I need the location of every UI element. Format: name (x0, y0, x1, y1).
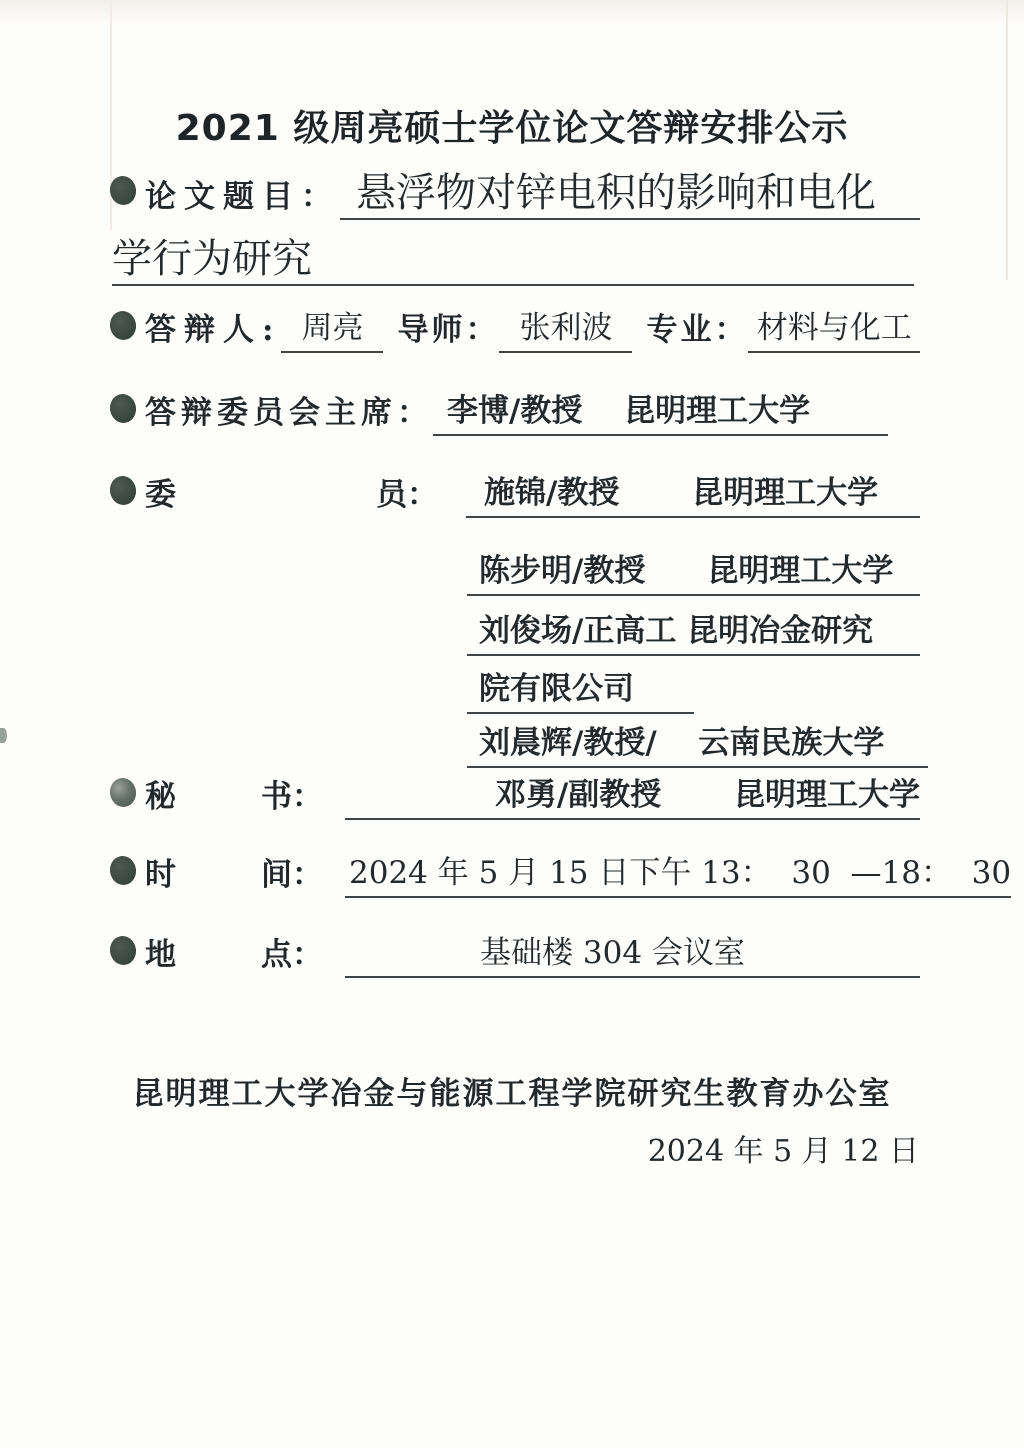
secretary-label-first: 秘 (145, 774, 176, 820)
committee-label-first: 委 (145, 472, 176, 518)
thesis-title-label: 论文题目： (145, 174, 340, 220)
committee-member-4: 刘晨辉/教授/ 云南民族大学 (467, 720, 928, 768)
bullet-dot-icon (108, 473, 139, 506)
scan-artifact-left-speck (0, 728, 7, 743)
time-label-first: 时 (145, 852, 176, 898)
advisor-label: 导师： (397, 307, 499, 353)
committee-member-row-continuation: 院有限公司 (467, 666, 694, 714)
thesis-title-row-line2: 学行为研究 (112, 234, 914, 286)
defender-name: 周亮 (281, 305, 383, 353)
committee-member-2: 陈步明/教授 昆明理工大学 (467, 548, 920, 596)
time-label: 时 间： (145, 852, 323, 898)
scan-artifact-top-edge (0, 0, 1024, 30)
footer-office-name: 昆明理工大学冶金与能源工程学院研究生教育办公室 (0, 1068, 1024, 1113)
defender-row: 答辩人: 周亮 导师： 张利波 专业： 材料与化工 (110, 305, 920, 353)
bullet-dot-icon (108, 391, 139, 424)
committee-member-row: 刘俊场/正高工 昆明冶金研究 (467, 608, 920, 656)
chair-value: 李博/教授 昆明理工大学 (433, 388, 888, 436)
location-label: 地 点： (145, 932, 323, 978)
thesis-title-value-line2: 学行为研究 (112, 234, 914, 286)
time-value: 2024 年 5 月 15 日下午 13： 30 —18： 30 (345, 850, 1011, 898)
secretary-label-second: 书： (261, 774, 323, 820)
bullet-dot-icon (108, 308, 139, 341)
secretary-row: 秘 书： 邓勇/副教授 昆明理工大学 (110, 772, 920, 820)
major-name: 材料与化工 (748, 305, 920, 353)
secretary-value: 邓勇/副教授 昆明理工大学 (345, 772, 920, 820)
secretary-label: 秘 书： (145, 774, 323, 820)
bullet-dot-icon (108, 853, 139, 886)
advisor-name: 张利波 (499, 305, 632, 353)
thesis-title-row: 论文题目： 悬浮物对锌电积的影响和电化 (110, 168, 920, 220)
major-label: 专业： (646, 307, 748, 353)
committee-member-1: 施锦/教授 昆明理工大学 (466, 470, 920, 518)
time-row: 时 间： 2024 年 5 月 15 日下午 13： 30 —18： 30 (110, 850, 920, 898)
document-page: 2021 级周亮硕士学位论文答辩安排公示 论文题目： 悬浮物对锌电积的影响和电化… (0, 0, 1024, 1448)
committee-member-row: 陈步明/教授 昆明理工大学 (467, 548, 920, 596)
committee-label: 委 员： (145, 472, 438, 518)
bullet-dot-icon (108, 933, 139, 966)
committee-member-row: 刘晨辉/教授/ 云南民族大学 (467, 720, 928, 768)
committee-row: 委 员： 施锦/教授 昆明理工大学 (110, 470, 920, 518)
time-label-second: 间： (261, 852, 323, 898)
bullet-dot-icon (108, 775, 139, 808)
footer-date: 2024 年 5 月 12 日 (648, 1126, 919, 1170)
defender-label: 答辩人: (145, 307, 281, 353)
chair-row: 答辩委员会主席： 李博/教授 昆明理工大学 (110, 388, 920, 436)
location-label-second: 点： (261, 932, 323, 978)
bullet-dot-icon (108, 173, 139, 206)
location-value: 基础楼 304 会议室 (345, 930, 920, 978)
committee-member-3: 刘俊场/正高工 昆明冶金研究 (467, 608, 920, 656)
thesis-title-value-line1: 悬浮物对锌电积的影响和电化 (340, 168, 920, 220)
chair-label: 答辩委员会主席： (145, 390, 433, 436)
location-label-first: 地 (145, 932, 176, 978)
location-row: 地 点： 基础楼 304 会议室 (110, 930, 920, 978)
committee-member-3-continued: 院有限公司 (467, 666, 694, 714)
page-title: 2021 级周亮硕士学位论文答辩安排公示 (0, 100, 1024, 151)
committee-label-second: 员： (376, 472, 438, 518)
